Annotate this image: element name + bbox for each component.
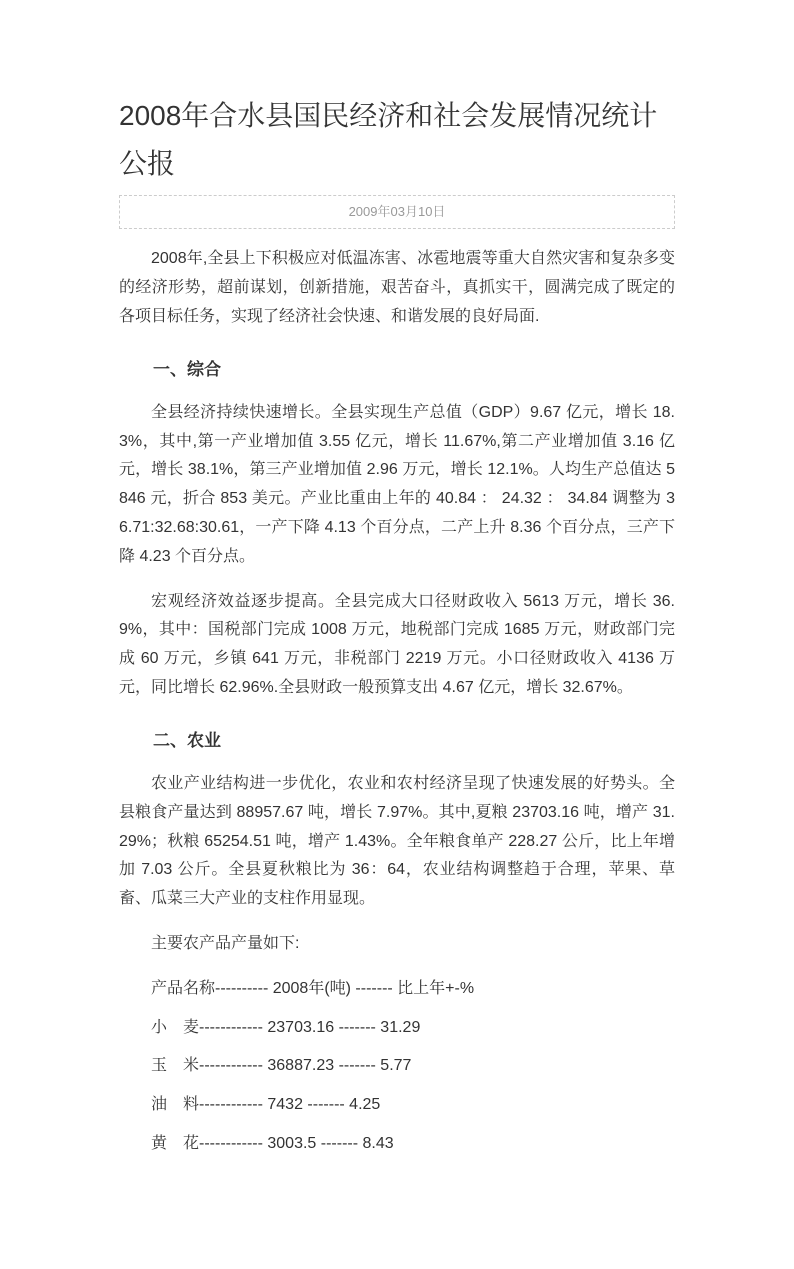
paragraph-finance: 宏观经济效益逐步提高。全县完成大口径财政收入 5613 万元，增长 36.9%，… <box>119 588 675 703</box>
product-table-header: 产品名称---------- 2008年(吨) ------- 比上年+-% <box>119 975 675 1004</box>
product-row-wheat: 小 麦------------ 23703.16 ------- 31.29 <box>119 1014 675 1043</box>
paragraph-agriculture-structure: 农业产业结构进一步优化，农业和农村经济呈现了快速发展的好势头。全县粮食产量达到 … <box>119 770 675 914</box>
paragraph-gdp: 全县经济持续快速增长。全县实现生产总值（GDP）9.67 亿元，增长 18.3%… <box>119 399 675 572</box>
section-heading-overview: 一、综合 <box>119 356 675 383</box>
publish-date: 2009年03月10日 <box>349 204 446 219</box>
product-row-daylily: 黄 花------------ 3003.5 ------- 8.43 <box>119 1130 675 1159</box>
product-list-intro: 主要农产品产量如下: <box>119 930 675 959</box>
product-row-oilseed: 油 料------------ 7432 ------- 4.25 <box>119 1091 675 1120</box>
product-row-corn: 玉 米------------ 36887.23 ------- 5.77 <box>119 1052 675 1081</box>
publish-date-box: 2009年03月10日 <box>119 195 675 229</box>
page-title: 2008年合水县国民经济和社会发展情况统计公报 <box>119 92 675 187</box>
section-heading-agriculture: 二、农业 <box>119 727 675 754</box>
intro-paragraph: 2008年,全县上下积极应对低温冻害、冰雹地震等重大自然灾害和复杂多变的经济形势… <box>119 245 675 331</box>
article-page: 2008年合水县国民经济和社会发展情况统计公报 2009年03月10日 2008… <box>119 0 675 1269</box>
